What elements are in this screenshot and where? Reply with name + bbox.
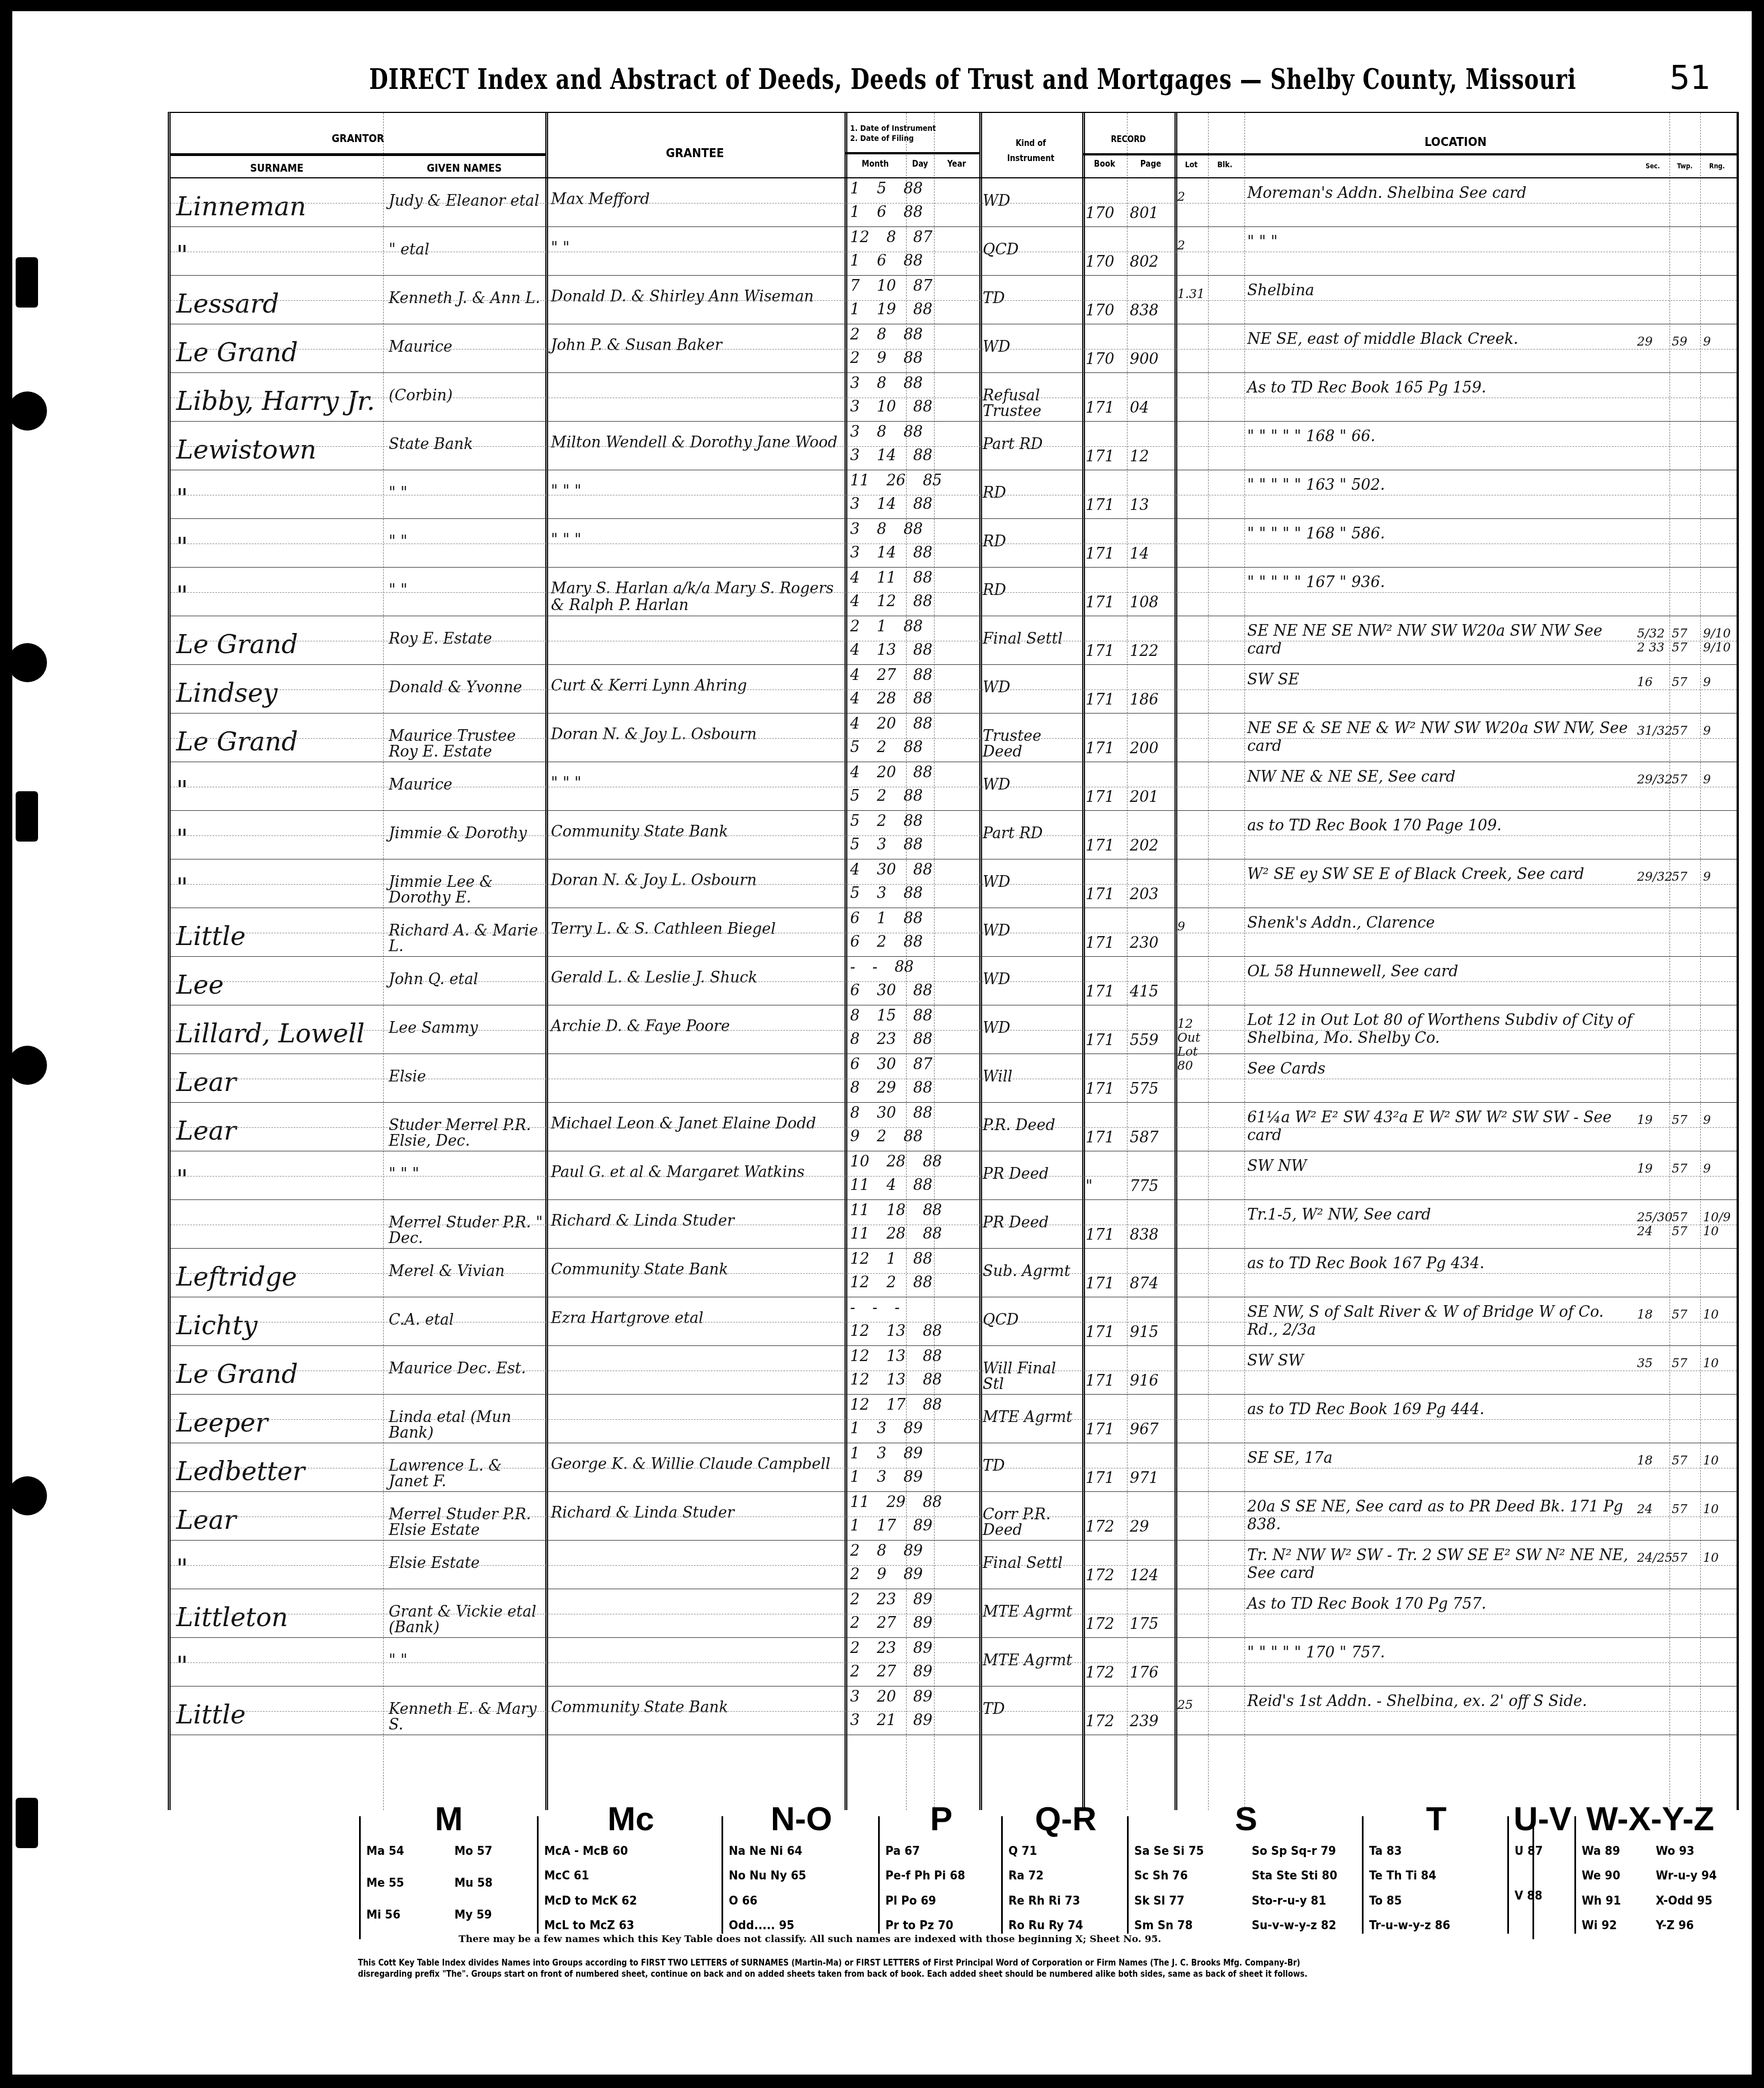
location-section: 29/32: [1637, 773, 1669, 787]
key-entry: Ta 83: [1369, 1844, 1402, 1858]
location-description: as to TD Rec Book 170 Page 109.: [1247, 817, 1633, 835]
location-description: As to TD Rec Book 170 Pg 757.: [1247, 1595, 1633, 1613]
date-of-filing: 1 3 89: [850, 1420, 923, 1437]
grantee-name: Donald D. & Shirley Ann Wiseman: [551, 289, 842, 305]
grantor-surname: ": [176, 775, 188, 805]
key-entry: Odd..... 95: [729, 1919, 794, 1933]
kind-header-2: Instrument: [979, 153, 1082, 163]
row-divider: [171, 1394, 1737, 1395]
grantor-given-names: (Corbin): [389, 388, 545, 404]
record-book: 171: [1086, 983, 1115, 1000]
grantor-given-names: Merel & Vivian: [389, 1264, 545, 1279]
key-entry: To 85: [1369, 1894, 1402, 1908]
grantor-surname: Little: [176, 921, 246, 951]
date-of-filing: 1 19 88: [850, 301, 932, 318]
grantor-given-names: Judy & Eleanor etal: [389, 193, 545, 209]
punch-hole-icon: [8, 643, 47, 682]
date-of-filing: 3 14 88: [850, 495, 932, 513]
date-of-instrument: 2 8 88: [850, 326, 923, 343]
table-row: Le GrandRoy E. Estate2 1 884 13 88Final …: [171, 617, 1737, 665]
record-page: 29: [1130, 1518, 1149, 1536]
location-description: as to TD Rec Book 167 Pg 434.: [1247, 1255, 1633, 1273]
date-of-instrument: 7 10 87: [850, 277, 932, 295]
date-of-filing: 6 30 88: [850, 982, 932, 999]
location-description: Shelbina: [1247, 282, 1633, 300]
date-of-instrument: 4 27 88: [850, 667, 932, 684]
key-table: MMa 54Me 55Mi 56Mo 57Mu 58My 59McMcA - M…: [359, 1816, 1534, 1939]
row-midline: [171, 1079, 1737, 1079]
grantee-name: Curt & Kerri Lynn Ahring: [551, 678, 842, 695]
record-book: 171: [1086, 1080, 1115, 1098]
record-page: 200: [1130, 740, 1159, 757]
grantee-name: " " ": [551, 532, 842, 549]
row-midline: [171, 981, 1737, 982]
row-midline: [171, 349, 1737, 349]
location-description: 61¼a W² E² SW 43²a E W² SW W² SW SW - Se…: [1247, 1109, 1633, 1145]
date-of-filing: 12 13 88: [850, 1371, 942, 1388]
table-row: LewistownState BankMilton Wendell & Doro…: [171, 422, 1737, 471]
row-divider: [171, 1637, 1737, 1638]
location-range: 9: [1703, 335, 1735, 349]
grantor-given-names: " ": [389, 534, 545, 550]
location-section: 35: [1637, 1357, 1669, 1371]
row-midline: [171, 1030, 1737, 1031]
table-row: "" "" " "3 8 883 14 88RD17114" " " " " 1…: [171, 519, 1737, 568]
date-of-instrument: - - 88: [850, 958, 914, 976]
record-book: 171: [1086, 1226, 1115, 1244]
key-entry: Sc Sh 76: [1134, 1869, 1188, 1883]
row-divider: [171, 1686, 1737, 1687]
key-entry: McC 61: [544, 1869, 589, 1883]
date-of-instrument: 8 15 88: [850, 1007, 932, 1024]
row-midline: [171, 1322, 1737, 1322]
location-section: 16: [1637, 675, 1669, 689]
page-header: Page: [1127, 159, 1175, 169]
kind-of-instrument: WD: [983, 680, 1081, 696]
key-group-t: TTa 83Te Th Ti 84To 85Tr-u-w-y-z 86: [1362, 1816, 1509, 1934]
kind-of-instrument: TD: [983, 1702, 1081, 1717]
row-divider: [171, 1248, 1737, 1249]
kind-of-instrument: QCD: [983, 242, 1081, 258]
grantor-surname: Lear: [176, 1505, 236, 1535]
location-description: NE SE, east of middle Black Creek.: [1247, 330, 1633, 348]
row-midline: [171, 1711, 1737, 1712]
record-page: 915: [1130, 1324, 1159, 1341]
location-description: SW NW: [1247, 1158, 1633, 1175]
row-divider: [171, 1491, 1737, 1492]
key-entry: Wr-u-y 94: [1656, 1869, 1717, 1883]
key-entry: O 66: [729, 1894, 757, 1908]
kind-of-instrument: WD: [983, 1021, 1081, 1036]
location-description: Reid's 1st Addn. - Shelbina, ex. 2' off …: [1247, 1693, 1633, 1711]
key-table-note: There may be a few names which this Key …: [459, 1934, 1161, 1945]
key-entry: My 59: [455, 1908, 492, 1922]
table-row: LeftridgeMerel & VivianCommunity State B…: [171, 1249, 1737, 1298]
kind-of-instrument: Part RD: [983, 826, 1081, 842]
date-of-filing: 3 14 88: [850, 544, 932, 561]
record-page: 900: [1130, 351, 1159, 368]
record-page: 230: [1130, 934, 1159, 952]
record-page: 575: [1130, 1080, 1159, 1098]
row-midline: [171, 446, 1737, 447]
table-row: Lillard, LowellLee SammyArchie D. & Faye…: [171, 1006, 1737, 1055]
grantor-given-names: Maurice Dec. Est.: [389, 1361, 545, 1377]
grantor-given-names: Roy E. Estate: [389, 631, 545, 647]
location-description: " " " " " 168 " 66.: [1247, 428, 1633, 446]
record-page: 202: [1130, 837, 1159, 854]
date-of-instrument: 3 20 89: [850, 1688, 932, 1706]
table-row: "Elsie Estate2 8 892 9 89Final Settl1721…: [171, 1541, 1737, 1590]
key-group-letter: M: [361, 1799, 537, 1838]
record-page: 14: [1130, 545, 1149, 563]
grantee-name: Community State Bank: [551, 1262, 842, 1278]
grantor-given-names: Lawrence L. & Janet F.: [389, 1458, 545, 1490]
grantor-given-names: Merrel Studer P.R. " Dec.: [389, 1215, 545, 1246]
table-row: "" etal" "12 8 871 6 88QCD1708022" " ": [171, 228, 1737, 276]
record-book: 171: [1086, 545, 1115, 563]
table-row: LedbetterLawrence L. & Janet F.George K.…: [171, 1444, 1737, 1492]
kind-of-instrument: Refusal Trustee: [983, 388, 1081, 419]
table-row: LeeperLinda etal (Mun Bank)12 17 881 3 8…: [171, 1395, 1737, 1444]
date-of-instrument: 12 1 88: [850, 1250, 932, 1268]
location-range: 9: [1703, 675, 1735, 689]
row-divider: [171, 1199, 1737, 1200]
kind-of-instrument: TD: [983, 1458, 1081, 1474]
table-row: LindseyDonald & YvonneCurt & Kerri Lynn …: [171, 665, 1737, 714]
row-divider: [171, 421, 1737, 422]
day-header: Day: [906, 159, 934, 169]
key-entry: Pl Po 69: [885, 1894, 936, 1908]
record-page: 838: [1130, 1226, 1159, 1244]
table-row: LichtyC.A. etalEzra Hartgrove etal- - -1…: [171, 1298, 1737, 1347]
date-of-filing: 3 10 88: [850, 398, 932, 415]
kind-of-instrument: P.R. Deed: [983, 1118, 1081, 1133]
row-midline: [171, 884, 1737, 885]
date-of-instrument: 11 29 88: [850, 1494, 942, 1511]
record-book: 171: [1086, 643, 1115, 660]
grantee-name: Gerald L. & Leslie J. Shuck: [551, 970, 842, 986]
grantor-surname: Leeper: [176, 1407, 268, 1438]
grantee-header: GRANTEE: [545, 147, 845, 160]
grantor-surname: Lillard, Lowell: [176, 1018, 365, 1048]
row-divider: [171, 567, 1737, 568]
kind-of-instrument: WD: [983, 923, 1081, 939]
date-of-instrument: 12 13 88: [850, 1348, 942, 1365]
row-midline: [171, 252, 1737, 252]
grantor-given-names: Elsie: [389, 1069, 545, 1085]
record-book: 171: [1086, 934, 1115, 952]
row-divider: [171, 713, 1737, 714]
grantor-given-names: Elsie Estate: [389, 1556, 545, 1571]
record-page: 802: [1130, 253, 1159, 271]
grantee-name: " " ": [551, 775, 842, 792]
location-description: NE SE & SE NE & W² NW SW W20a SW NW, See…: [1247, 720, 1633, 755]
location-description: Tr. N² NW W² SW - Tr. 2 SW SE E² SW N² N…: [1247, 1547, 1633, 1582]
record-page: 201: [1130, 788, 1159, 806]
date-of-filing: 1 3 89: [850, 1468, 923, 1486]
grantor-surname: Lichty: [176, 1310, 257, 1340]
grantor-given-names: C.A. etal: [389, 1312, 545, 1328]
location-range: 9: [1703, 870, 1735, 884]
table-row: Le GrandMaurice Trustee Roy E. EstateDor…: [171, 714, 1737, 763]
record-page: 203: [1130, 886, 1159, 903]
location-description: " " " " " 163 " 502.: [1247, 476, 1633, 494]
record-book: 171: [1086, 1324, 1115, 1341]
row-midline: [171, 933, 1737, 933]
key-entry: No Nu Ny 65: [729, 1869, 806, 1883]
date-of-instrument: 8 30 88: [850, 1104, 932, 1122]
grantor-given-names: Maurice Trustee Roy E. Estate: [389, 729, 545, 760]
punch-hole-icon: [16, 1798, 38, 1848]
grantor-given-names: Merrel Studer P.R. Elsie Estate: [389, 1507, 545, 1538]
grantor-header: GRANTOR: [171, 133, 545, 145]
record-book: 172: [1086, 1567, 1115, 1584]
location-description: as to TD Rec Book 169 Pg 444.: [1247, 1401, 1633, 1419]
date-instrument-header: 1. Date of Instrument: [850, 124, 979, 133]
grantor-given-names: Jimmie & Dorothy: [389, 826, 545, 842]
grantor-surname: Linneman: [176, 191, 306, 221]
key-group-no: N-ONa Ne Ni 64No Nu Ny 65O 66Odd..... 95: [721, 1816, 880, 1934]
location-township: 57: [1672, 1454, 1700, 1468]
record-book: 171: [1086, 788, 1115, 806]
kind-of-instrument: RD: [983, 485, 1081, 501]
grantor-surname: ": [176, 824, 188, 854]
row-divider: [171, 908, 1737, 908]
record-book: 171: [1086, 886, 1115, 903]
row-midline: [171, 1127, 1737, 1128]
record-page: 971: [1130, 1470, 1159, 1487]
row-midline: [171, 1371, 1737, 1371]
location-description: OL 58 Hunnewell, See card: [1247, 963, 1633, 981]
record-book: 171: [1086, 691, 1115, 708]
location-township: 57: [1672, 1503, 1700, 1517]
row-divider: [171, 859, 1737, 859]
location-description: " " " " " 170 " 757.: [1247, 1644, 1633, 1662]
date-of-filing: 3 21 89: [850, 1712, 932, 1729]
record-page: 967: [1130, 1421, 1159, 1438]
record-page: 12: [1130, 448, 1149, 465]
location-description: See Cards: [1247, 1060, 1633, 1078]
location-range: 9: [1703, 1162, 1735, 1176]
date-of-instrument: 3 8 88: [850, 521, 923, 538]
record-book: 171: [1086, 497, 1115, 514]
key-group-letter: T: [1364, 1799, 1509, 1838]
table-row: "Jimmie Lee & Dorothy E.Doran N. & Joy L…: [171, 860, 1737, 909]
row-divider: [171, 1102, 1737, 1103]
grantee-name: Doran N. & Joy L. Osbourn: [551, 872, 842, 889]
record-book: 170: [1086, 205, 1115, 222]
key-entry: Ro Ru Ry 74: [1008, 1919, 1083, 1933]
grantee-name: Mary S. Harlan a/k/a Mary S. Rogers & Ra…: [551, 580, 842, 614]
location-description: Tr.1-5, W² NW, See card: [1247, 1206, 1633, 1224]
key-group-letter: Mc: [539, 1799, 723, 1838]
grantor-given-names: Richard A. & Marie L.: [389, 923, 545, 955]
key-entry: Tr-u-w-y-z 86: [1369, 1919, 1450, 1933]
record-page: 838: [1130, 302, 1159, 319]
key-entry: U 87: [1515, 1844, 1543, 1858]
surname-header: SURNAME: [171, 162, 383, 174]
location-range: 9: [1703, 1113, 1735, 1127]
date-of-filing: 2 9 88: [850, 349, 923, 367]
row-midline: [171, 1468, 1737, 1468]
record-book: 171: [1086, 1129, 1115, 1146]
location-description: NW NE & NE SE, See card: [1247, 768, 1633, 786]
record-book: 171: [1086, 740, 1115, 757]
date-of-instrument: 2 23 89: [850, 1640, 932, 1657]
row-midline: [171, 203, 1737, 204]
row-divider: [171, 324, 1737, 324]
location-description: SE NW, S of Salt River & W of Bridge W o…: [1247, 1303, 1633, 1339]
location-range: 9: [1703, 724, 1735, 738]
date-of-filing: 5 3 88: [850, 836, 923, 853]
location-section: 19: [1637, 1113, 1669, 1127]
location-range: 9: [1703, 773, 1735, 787]
footer-note: This Cott Key Table Index divides Names …: [358, 1957, 1308, 1980]
record-book: 170: [1086, 253, 1115, 271]
grantee-name: Richard & Linda Studer: [551, 1505, 842, 1522]
row-divider: [171, 1151, 1737, 1151]
kind-of-instrument: MTE Agrmt: [983, 1604, 1081, 1620]
grantee-name: Archie D. & Faye Poore: [551, 1018, 842, 1035]
sec-header: Sec.: [1636, 162, 1669, 170]
location-section: 31/32: [1637, 724, 1669, 738]
kind-of-instrument: Will: [983, 1069, 1081, 1085]
key-entry: X-Odd 95: [1656, 1894, 1713, 1908]
record-page: 916: [1130, 1372, 1159, 1390]
row-divider: [171, 1443, 1737, 1443]
grantee-name: " " ": [551, 483, 842, 500]
key-entry: McL to McZ 63: [544, 1919, 634, 1933]
date-of-filing: 5 3 88: [850, 885, 923, 902]
location-header: LOCATION: [1175, 135, 1737, 149]
grantor-given-names: Kenneth J. & Ann L.: [389, 291, 545, 306]
location-township: 57: [1672, 1357, 1700, 1371]
date-of-filing: 5 2 88: [850, 787, 923, 805]
location-township: 57: [1672, 1308, 1700, 1322]
date-of-filing: 12 2 88: [850, 1274, 932, 1291]
kind-of-instrument: Corr P.R. Deed: [983, 1507, 1081, 1538]
location-range: 10: [1703, 1454, 1735, 1468]
location-section: 18: [1637, 1454, 1669, 1468]
row-midline: [171, 1565, 1737, 1566]
kind-of-instrument: QCD: [983, 1312, 1081, 1328]
row-divider: [171, 810, 1737, 811]
punch-hole-icon: [8, 1476, 47, 1515]
grantor-surname: ": [176, 872, 188, 903]
punch-hole-icon: [16, 791, 38, 842]
location-range: 10: [1703, 1551, 1735, 1565]
date-of-instrument: 6 1 88: [850, 910, 923, 927]
blk-header: Blk.: [1208, 160, 1242, 169]
key-group-s: SSa Se Si 75Sc Sh 76Sk Sl 77Sm Sn 78So S…: [1127, 1816, 1364, 1934]
grantor-surname: Ledbetter: [176, 1456, 305, 1486]
key-group-letter: P: [880, 1799, 1003, 1838]
date-of-filing: 11 4 88: [850, 1177, 932, 1194]
table-row: LessardKenneth J. & Ann L.Donald D. & Sh…: [171, 276, 1737, 325]
record-page: 13: [1130, 497, 1149, 514]
location-township: 57: [1672, 870, 1700, 884]
given-names-header: GIVEN NAMES: [383, 162, 545, 174]
record-book: 172: [1086, 1615, 1115, 1633]
date-of-filing: 9 2 88: [850, 1128, 923, 1145]
grantee-name: Max Mefford: [551, 191, 842, 208]
kind-of-instrument: WD: [983, 972, 1081, 988]
key-group-wxyz: W-X-Y-ZWa 89We 90Wh 91Wi 92Wo 93Wr-u-y 9…: [1574, 1816, 1724, 1934]
date-of-instrument: 3 8 88: [850, 423, 923, 441]
location-range: 10: [1703, 1357, 1735, 1371]
kind-of-instrument: Final Settl: [983, 631, 1081, 647]
key-entry: Te Th Ti 84: [1369, 1869, 1436, 1883]
key-entry: Ra 72: [1008, 1869, 1044, 1883]
table-row: LittleRichard A. & Marie L.Terry L. & S.…: [171, 909, 1737, 957]
table-row: Merrel Studer P.R. " Dec.Richard & Linda…: [171, 1201, 1737, 1249]
row-midline: [171, 1517, 1737, 1517]
grantee-name: Ezra Hartgrove etal: [551, 1310, 842, 1327]
grantor-given-names: Jimmie Lee & Dorothy E.: [389, 875, 545, 906]
row-midline: [171, 738, 1737, 739]
location-description: 20a S SE NE, See card as to PR Deed Bk. …: [1247, 1498, 1633, 1534]
grantor-surname: Leftridge: [176, 1262, 297, 1292]
table-row: "" "Mary S. Harlan a/k/a Mary S. Rogers …: [171, 568, 1737, 617]
key-entry: Ma 54: [366, 1844, 404, 1858]
grantee-name: Community State Bank: [551, 824, 842, 840]
table-row: Libby, Harry Jr.(Corbin)3 8 883 10 88Ref…: [171, 374, 1737, 422]
record-book: 171: [1086, 1421, 1115, 1438]
grantor-given-names: Lee Sammy: [389, 1021, 545, 1036]
year-header: Year: [934, 159, 979, 169]
date-of-filing: 4 13 88: [850, 641, 932, 659]
location-lot: 2: [1177, 239, 1208, 253]
record-page: 874: [1130, 1275, 1159, 1292]
grantor-surname: Lee: [176, 970, 224, 1000]
grantor-surname: Le Grand: [176, 337, 298, 367]
record-page: 587: [1130, 1129, 1159, 1146]
grantee-name: Paul G. et al & Margaret Watkins: [551, 1164, 842, 1181]
row-divider: [171, 275, 1737, 276]
row-divider: [171, 956, 1737, 957]
record-book: 171: [1086, 1032, 1115, 1049]
location-lot: 2: [1177, 190, 1208, 204]
row-divider: [171, 1589, 1737, 1589]
record-page: 415: [1130, 983, 1159, 1000]
grantor-surname: Little: [176, 1699, 246, 1730]
footer-line-2: disregarding prefix "The". Groups start …: [358, 1968, 1308, 1980]
date-of-filing: 1 6 88: [850, 252, 923, 270]
key-group-letter: Q-R: [1003, 1799, 1129, 1838]
row-midline: [171, 592, 1737, 593]
date-of-filing: 4 12 88: [850, 593, 932, 610]
ledger-table: GRANTOR SURNAME GIVEN NAMES GRANTEE 1. D…: [168, 112, 1739, 1810]
kind-of-instrument: RD: [983, 583, 1081, 598]
location-lot: 25: [1177, 1698, 1208, 1712]
location-description: " " " " " 167 " 936.: [1247, 574, 1633, 592]
rng-header: Rng.: [1700, 162, 1734, 170]
key-entry: Wh 91: [1582, 1894, 1621, 1908]
row-divider: [171, 372, 1737, 373]
date-of-instrument: 11 18 88: [850, 1202, 942, 1219]
record-page: 239: [1130, 1713, 1159, 1730]
location-description: As to TD Rec Book 165 Pg 159.: [1247, 379, 1633, 397]
location-description: " " ": [1247, 233, 1633, 251]
location-description: SW SW: [1247, 1352, 1633, 1370]
kind-of-instrument: MTE Agrmt: [983, 1653, 1081, 1669]
grantor-surname: ": [176, 580, 188, 611]
table-row: "" "2 23 892 27 89MTE Agrmt172176" " " "…: [171, 1638, 1737, 1687]
row-divider: [171, 1540, 1737, 1541]
date-of-instrument: 2 8 89: [850, 1542, 923, 1560]
key-group-qr: Q-RQ 71Ra 72Re Rh Ri 73Ro Ru Ry 74: [1001, 1816, 1129, 1934]
kind-of-instrument: WD: [983, 777, 1081, 793]
